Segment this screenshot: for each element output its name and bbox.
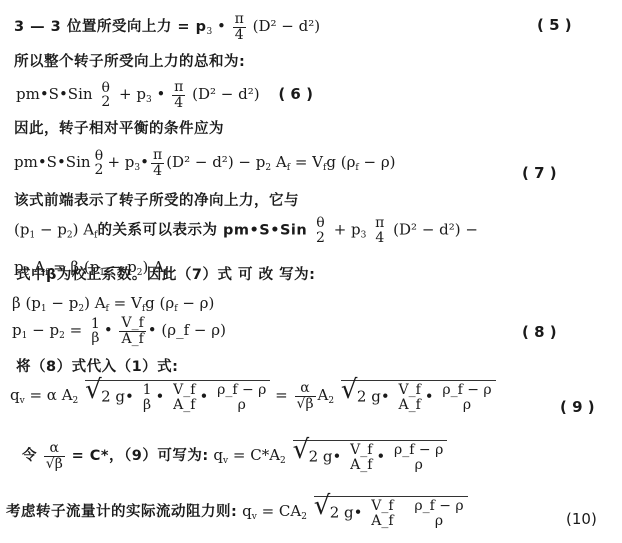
- sqrt: 2 g• V_fA_f• ρ_f − ρρ: [293, 440, 448, 472]
- sqrt: 2 g• V_fA_f ρ_f − ρρ: [314, 496, 468, 528]
- equation-number-10: (10): [566, 510, 597, 528]
- equation-6: pm•S•Sin θ2 + p3 • π4 (D² − d²) ( 6 ): [16, 80, 313, 110]
- equation-number-6: ( 6 ): [278, 85, 313, 103]
- equation-number-5: ( 5 ): [537, 16, 572, 34]
- equation-7: pm•S•Sinθ2+ p3•π4(D² − d²) − p2 Af = Vfg…: [14, 148, 396, 178]
- relation-text: (p1 − p2) Af的关系可以表示为 pm•S•Sin θ2 + p3 π4…: [14, 216, 478, 245]
- equation-10: 考虑转子流量计的实际流动阻力则: qv = CA2 2 g• V_fA_f ρ_…: [6, 496, 468, 528]
- equation-5: 3 — 3 位置所受向上力 = p3 • π4 (D² − d²): [14, 12, 320, 42]
- paragraph-text: 所以整个转子所受向上力的总和为:: [14, 55, 245, 70]
- paragraph-text: 将（8）式代入（1）式:: [16, 360, 178, 375]
- equation-c-star: 令 α√β = C*，（9）可写为: qv = C*A2 2 g• V_fA_f…: [22, 440, 447, 472]
- sqrt: 2 g• V_fA_f• ρ_f − ρρ: [341, 380, 496, 412]
- paragraph-text: 该式前端表示了转子所受的净向上力，它与: [14, 194, 299, 209]
- paragraph-text: 因此，转子相对平衡的条件应为: [14, 122, 224, 137]
- fraction: π4: [233, 12, 246, 42]
- equation-9: qv = α A2 2 g• 1β• V_fA_f• ρ_f − ρρ = α√…: [10, 380, 496, 412]
- paragraph-text: 式中β为校正系数。因此（7）式 可 改 写为:: [16, 268, 315, 283]
- text: 3 — 3 位置所受向上力 = p: [14, 19, 206, 35]
- equation-number-7: ( 7 ): [522, 164, 557, 182]
- equation-8: p1 − p2 = 1β• V_fA_f• (ρ_f − ρ): [12, 316, 226, 346]
- sqrt: 2 g• 1β• V_fA_f• ρ_f − ρρ: [85, 380, 270, 412]
- equation-beta: β (p1 − p2) Af = Vfg (ρf − ρ): [12, 296, 214, 314]
- equation-number-9: ( 9 ): [560, 398, 595, 416]
- equation-number-8: ( 8 ): [522, 323, 557, 341]
